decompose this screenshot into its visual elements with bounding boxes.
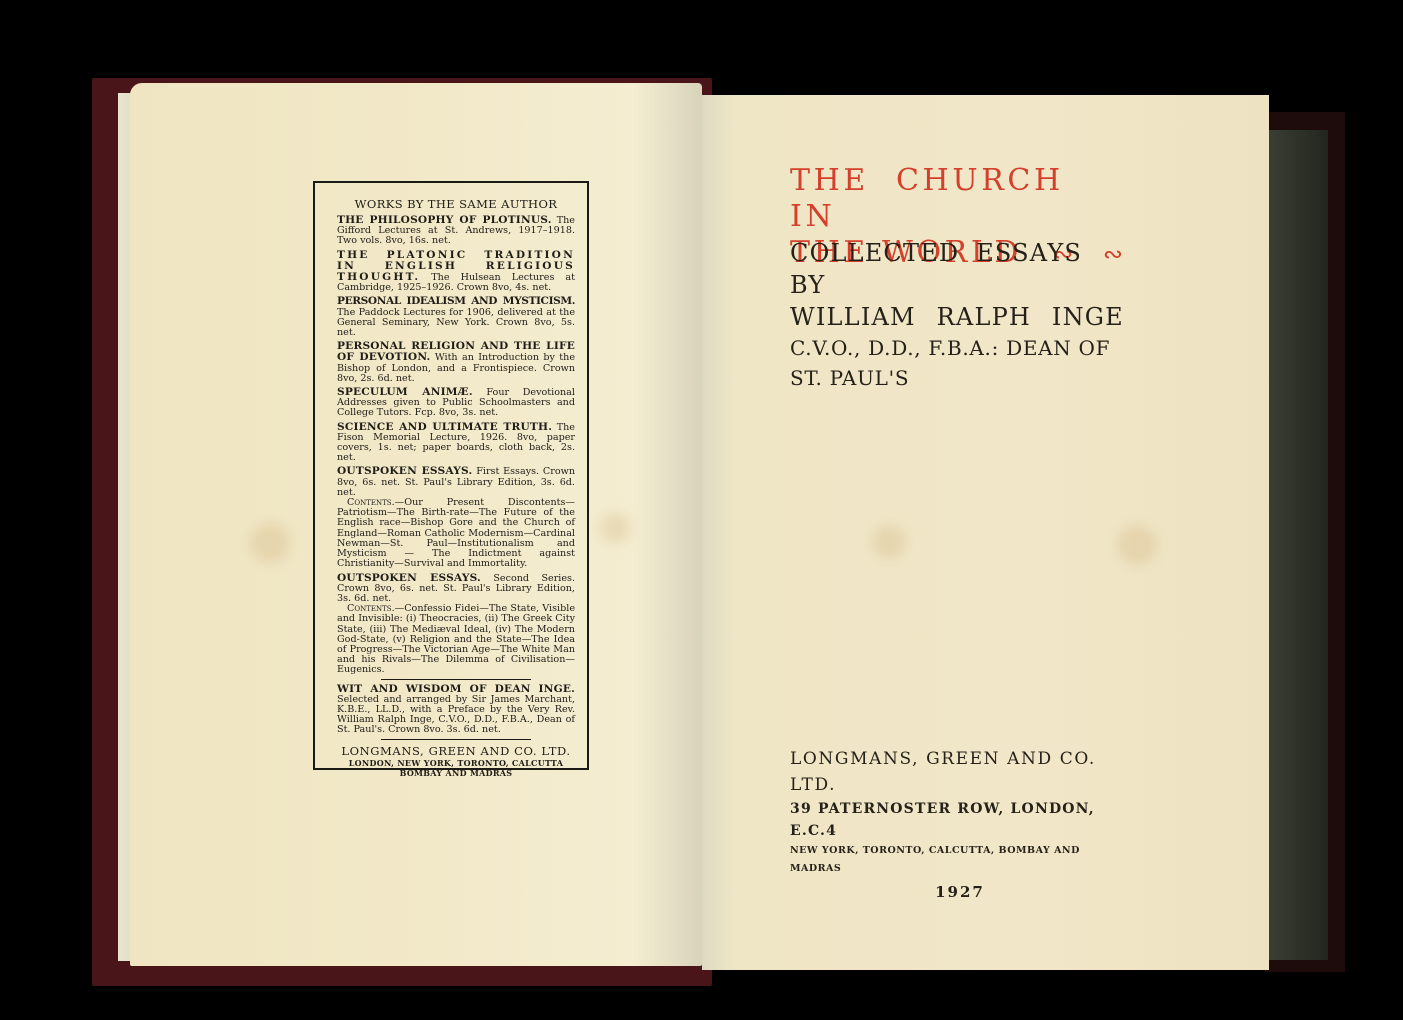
advert-entry: SPECULUM ANIMÆ. Four Devotional Addresse… [337,387,575,419]
advert-entry: PERSONAL RELIGION AND THE LIFE OF DEVOTI… [337,341,575,384]
entry-title: SCIENCE AND ULTIMATE TRUTH. [337,421,552,433]
entry-contents: Contents.—Confessio Fidei—The State, Vis… [337,604,575,675]
advert-entry: THE PLATONIC TRADITION IN ENGLISH RELIGI… [337,250,575,294]
book-subtitle: COLLECTED ESSAYS BY WILLIAM RALPH INGE C… [790,237,1130,393]
title-line-1: THE CHURCH IN [790,163,1130,235]
entry-title: SPECULUM ANIMÆ. [337,386,473,398]
entry-text: Selected and arranged by Sir James March… [337,694,575,736]
advert-entry: THE PHILOSOPHY OF PLOTINUS. The Gifford … [337,215,575,247]
imprint-year: 1927 [790,878,1130,906]
advert-entry: WIT AND WISDOM OF DEAN INGE. Selected an… [337,684,575,736]
foxing-stain [872,525,906,559]
advert-cities-line2: BOMBAY AND MADRAS [337,768,575,778]
credentials-line-2: ST. PAUL'S [790,363,1130,393]
advert-entry: PERSONAL IDEALISM AND MYSTICISM. The Pad… [337,296,575,338]
advert-entry: OUTSPOKEN ESSAYS. First Essays. Crown 8v… [337,466,575,569]
divider-rule [381,679,531,680]
entry-title: THE PHILOSOPHY OF PLOTINUS. [337,214,552,226]
advert-entry: OUTSPOKEN ESSAYS. Second Series. Crown 8… [337,573,575,676]
imprint: LONGMANS, GREEN AND CO. LTD. 39 PATERNOS… [790,746,1130,906]
advert-entry: SCIENCE AND ULTIMATE TRUTH. The Fison Me… [337,422,575,464]
divider-rule [381,739,531,740]
page-block-edge [1266,130,1328,960]
imprint-address: 39 PATERNOSTER ROW, LONDON, E.C.4 [790,798,1130,842]
entry-title: PERSONAL IDEALISM AND MYSTICISM. [337,295,575,307]
imprint-cities: NEW YORK, TORONTO, CALCUTTA, BOMBAY AND … [790,842,1130,878]
advert-publisher: LONGMANS, GREEN AND CO. LTD. [337,744,575,758]
entry-contents: Contents.—Our Present Discontents—Patrio… [337,498,575,569]
foxing-stain [250,523,290,563]
foxing-stain [600,513,630,543]
entry-title: OUTSPOKEN ESSAYS. [337,572,481,584]
credentials-line-1: C.V.O., D.D., F.B.A.: DEAN OF [790,333,1130,363]
advert-heading: WORKS BY THE SAME AUTHOR [337,197,575,211]
advert-cities-line1: LONDON, NEW YORK, TORONTO, CALCUTTA [337,758,575,768]
entry-title: OUTSPOKEN ESSAYS. [337,465,472,477]
works-by-author-box: WORKS BY THE SAME AUTHOR THE PHILOSOPHY … [313,181,589,770]
entry-text: The Paddock Lectures for 1906, delivered… [337,307,575,338]
contents-text: —Our Present Discontents—Patriotism—The … [337,497,575,569]
subtitle-line-1: COLLECTED ESSAYS BY [790,237,1130,301]
entry-title: WIT AND WISDOM OF DEAN INGE. [337,683,575,695]
contents-text: —Confessio Fidei—The State, Visible and … [337,603,575,675]
foxing-stain [1117,525,1157,565]
imprint-publisher: LONGMANS, GREEN AND CO. LTD. [790,746,1130,798]
subtitle-line-2: WILLIAM RALPH INGE [790,301,1130,333]
